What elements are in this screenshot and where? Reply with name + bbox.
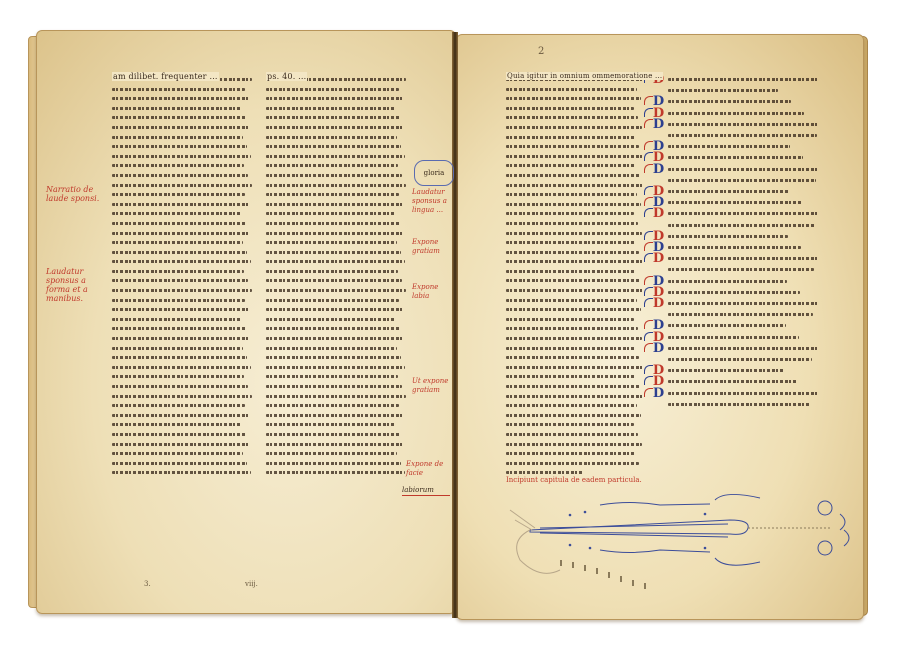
initial-flourish <box>644 276 653 285</box>
initial-flourish <box>644 141 653 150</box>
initial-flourish <box>644 343 653 352</box>
script-line <box>112 238 252 248</box>
script-line <box>266 334 406 344</box>
chapter-entry-line <box>668 321 786 331</box>
rubric-expone-gratiam: Expone gratiam <box>412 238 452 256</box>
script-line <box>266 200 406 210</box>
script-line <box>506 219 644 229</box>
initial-flourish <box>644 376 653 385</box>
script-line <box>266 248 406 258</box>
chapter-entry-line <box>668 142 790 152</box>
script-line <box>266 459 406 469</box>
script-line <box>506 276 644 286</box>
script-line <box>266 382 406 392</box>
chapter-entry-line <box>668 109 804 119</box>
script-line <box>506 209 644 219</box>
script-line <box>266 113 406 123</box>
script-line <box>112 142 252 152</box>
lombard-initial-blue: D <box>652 387 665 400</box>
left-col1-opening: am dilibet. frequenter ... <box>112 72 219 81</box>
script-line <box>266 190 406 200</box>
right-page-column-1 <box>506 75 644 478</box>
script-line <box>506 315 644 325</box>
script-line <box>506 305 644 315</box>
chapter-entry-line <box>668 344 818 354</box>
chapter-entry-line <box>668 355 812 365</box>
rubric-ut-expone: Ut expone gratiam <box>412 377 452 395</box>
script-line <box>266 104 406 114</box>
rubric-laudatur-lingua: Laudatur sponsus a lingua ... <box>412 188 452 215</box>
script-line <box>506 430 644 440</box>
script-line <box>266 286 406 296</box>
script-line <box>506 363 644 373</box>
initial-flourish <box>644 388 653 397</box>
script-line <box>112 440 252 450</box>
script-line <box>266 219 406 229</box>
script-line <box>112 363 252 373</box>
lombard-initial-blue: D <box>652 342 665 355</box>
script-line <box>112 123 252 133</box>
chapter-entry-line <box>668 153 803 163</box>
script-line <box>506 411 644 421</box>
left-page-column-1 <box>112 75 252 478</box>
chapter-entry-line <box>668 310 813 320</box>
script-line <box>266 401 406 411</box>
script-line <box>266 142 406 152</box>
script-line <box>112 353 252 363</box>
script-line <box>112 113 252 123</box>
rubric-expone-labia: Expone labia <box>412 283 452 301</box>
chapter-entry-line <box>668 277 787 287</box>
script-line <box>112 257 252 267</box>
script-line <box>506 113 644 123</box>
script-line <box>506 142 644 152</box>
script-line <box>506 181 644 191</box>
rubric-labiorum: labiorum <box>402 486 450 496</box>
initial-flourish <box>644 253 653 262</box>
script-line <box>506 200 644 210</box>
script-line <box>506 382 644 392</box>
script-line <box>112 219 252 229</box>
script-line <box>506 238 644 248</box>
script-line <box>506 286 644 296</box>
chapter-entry-line <box>668 389 818 399</box>
lombard-initial-red: D <box>652 252 665 265</box>
script-line <box>112 133 252 143</box>
lombard-initial-blue: D <box>652 118 665 131</box>
script-line <box>112 430 252 440</box>
script-line <box>112 85 252 95</box>
pen-flourish-decoration <box>500 490 870 600</box>
script-line <box>112 344 252 354</box>
script-line <box>112 305 252 315</box>
script-line <box>266 372 406 382</box>
chapter-entry-line <box>668 377 798 387</box>
script-line <box>112 468 252 478</box>
script-line <box>506 248 644 258</box>
script-line <box>266 85 406 95</box>
rubric-narratio: Narratio de laude sponsi. <box>46 185 110 203</box>
script-line <box>112 104 252 114</box>
script-line <box>506 420 644 430</box>
chapter-entry-line <box>668 131 817 141</box>
script-line <box>112 372 252 382</box>
script-line <box>266 238 406 248</box>
script-line <box>506 401 644 411</box>
chapter-entry-line <box>668 165 818 175</box>
script-line <box>506 296 644 306</box>
script-line <box>266 229 406 239</box>
script-line <box>112 94 252 104</box>
script-line <box>112 411 252 421</box>
script-line <box>506 392 644 402</box>
script-line <box>112 315 252 325</box>
script-line <box>112 209 252 219</box>
script-line <box>506 161 644 171</box>
lombard-initial-red: D <box>652 297 665 310</box>
initial-flourish <box>644 298 653 307</box>
script-line <box>266 133 406 143</box>
script-line <box>112 324 252 334</box>
script-line <box>266 123 406 133</box>
initial-flourish <box>644 96 653 105</box>
script-line <box>112 229 252 239</box>
footer-mark-1: 3. <box>144 580 151 588</box>
script-line <box>506 123 644 133</box>
script-line <box>112 181 252 191</box>
script-line <box>506 94 644 104</box>
script-line <box>506 440 644 450</box>
script-line <box>266 276 406 286</box>
footer-mark-2: viij. <box>245 580 258 588</box>
script-line <box>266 209 406 219</box>
script-line <box>266 305 406 315</box>
chapter-entry-line <box>668 400 811 410</box>
lombard-initial-blue: D <box>652 163 665 176</box>
script-line <box>112 276 252 286</box>
script-line <box>112 161 252 171</box>
initial-flourish <box>644 164 653 173</box>
script-line <box>506 449 644 459</box>
script-line <box>266 296 406 306</box>
manuscript-photo: DDDDDDDDDDDDDDDDDDDDDD am dilibet. frequ… <box>0 0 900 651</box>
script-line <box>266 324 406 334</box>
chapter-entry-line <box>668 265 814 275</box>
script-line <box>506 372 644 382</box>
script-line <box>266 449 406 459</box>
initial-flourish <box>644 332 653 341</box>
script-line <box>506 104 644 114</box>
rubric-expone-facie: Expone de facie <box>406 460 450 478</box>
chapter-entry-line <box>668 75 818 85</box>
script-line <box>112 382 252 392</box>
script-line <box>506 85 644 95</box>
chapter-entry-line <box>668 209 818 219</box>
script-line <box>506 324 644 334</box>
chapter-entry-line <box>668 333 799 343</box>
chapter-entry-line <box>668 86 778 96</box>
script-line <box>112 401 252 411</box>
script-line <box>266 161 406 171</box>
script-line <box>112 459 252 469</box>
script-line <box>112 392 252 402</box>
script-line <box>266 171 406 181</box>
script-line <box>266 430 406 440</box>
initial-flourish <box>644 365 653 374</box>
script-line <box>266 257 406 267</box>
script-line <box>506 459 644 469</box>
left-page-column-2 <box>266 75 406 478</box>
chapter-entry-line <box>668 120 818 130</box>
initial-flourish <box>644 287 653 296</box>
initial-flourish <box>644 231 653 240</box>
script-line <box>112 190 252 200</box>
chapter-entry-line <box>668 97 791 107</box>
script-line <box>506 171 644 181</box>
chapter-entry-line <box>668 176 816 186</box>
script-line <box>112 248 252 258</box>
script-line <box>506 267 644 277</box>
script-line <box>266 440 406 450</box>
script-line <box>506 257 644 267</box>
script-line <box>266 344 406 354</box>
initial-flourish <box>644 108 653 117</box>
script-line <box>112 171 252 181</box>
chapter-entry-line <box>668 299 818 309</box>
script-line <box>506 334 644 344</box>
chapter-entry-line <box>668 366 785 376</box>
script-line <box>266 315 406 325</box>
chapter-entry-line <box>668 198 802 208</box>
script-line <box>266 267 406 277</box>
initial-flourish <box>644 320 653 329</box>
script-line <box>112 200 252 210</box>
chapter-entry-line <box>668 254 818 264</box>
script-line <box>506 152 644 162</box>
right-col1-opening: Quia igitur in omnium ommemoratione ... <box>506 72 663 80</box>
script-line <box>266 181 406 191</box>
script-line <box>266 363 406 373</box>
script-line <box>506 344 644 354</box>
script-line <box>266 420 406 430</box>
initial-flourish <box>644 197 653 206</box>
script-line <box>506 133 644 143</box>
script-line <box>112 286 252 296</box>
script-line <box>112 449 252 459</box>
script-line <box>266 152 406 162</box>
script-line <box>112 152 252 162</box>
chapter-entry-line <box>668 232 788 242</box>
chapter-entry-line <box>668 187 789 197</box>
script-line <box>112 334 252 344</box>
chapter-entry-line <box>668 243 801 253</box>
initial-flourish <box>644 119 653 128</box>
script-line <box>506 353 644 363</box>
script-line <box>266 353 406 363</box>
incipiunt-capitula-rubric: Incipiunt capitula de eadem particula. <box>506 476 646 485</box>
lombard-initial-red: D <box>652 207 665 220</box>
script-line <box>112 267 252 277</box>
rubric-laudatur-forma: Laudatur sponsus a forma et a manibus. <box>46 267 110 303</box>
initial-flourish <box>644 242 653 251</box>
initial-flourish <box>644 208 653 217</box>
script-line <box>506 229 644 239</box>
script-line <box>266 411 406 421</box>
chapter-entry-line <box>668 221 815 231</box>
script-line <box>112 420 252 430</box>
script-line <box>266 94 406 104</box>
script-line <box>266 468 406 478</box>
script-line <box>506 190 644 200</box>
script-line <box>266 392 406 402</box>
left-col2-opening: ps. 40. ... <box>266 72 307 81</box>
folio-number: 2 <box>538 46 544 57</box>
gloria-cartouche: gloria <box>414 160 454 186</box>
script-line <box>112 296 252 306</box>
chapter-entry-line <box>668 288 800 298</box>
gutter <box>452 32 458 618</box>
initial-flourish <box>644 152 653 161</box>
initial-flourish <box>644 186 653 195</box>
